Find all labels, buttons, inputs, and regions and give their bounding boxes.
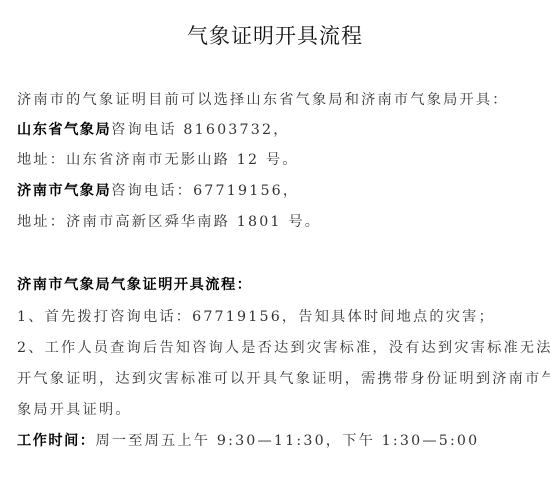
office-phone: 咨询电话 81603732， (111, 122, 289, 138)
process-step: 开气象证明，达到灾害标准可以开具气象证明，需携带身份证明到济南市气 (17, 369, 550, 389)
office-name: 济南市气象局 (17, 183, 111, 199)
office-name: 山东省气象局 (17, 122, 111, 138)
hours-label: 工作时间： (17, 433, 95, 449)
office-phone-line: 济南市气象局咨询电话：67719156， (17, 181, 299, 201)
office-phone: 咨询电话：67719156， (111, 183, 299, 199)
process-step: 象局开具证明。 (17, 400, 132, 420)
process-heading: 济南市气象局气象证明开具流程： (17, 275, 252, 295)
intro-text: 济南市的气象证明目前可以选择山东省气象局和济南市气象局开具： (17, 90, 509, 110)
page-title: 气象证明开具流程 (0, 20, 550, 50)
process-step: 1、首先拨打咨询电话：67719156，告知具体时间地点的灾害； (17, 307, 495, 327)
office-phone-line: 山东省气象局咨询电话 81603732， (17, 120, 290, 140)
process-step: 2、工作人员查询后告知咨询人是否达到灾害标准，没有达到灾害标准无法 (17, 338, 550, 358)
office-address: 地址：济南市高新区舜华南路 1801 号。 (17, 212, 321, 232)
hours-value: 周一至周五上午 9:30—11:30，下午 1:30—5:00 (95, 433, 479, 449)
working-hours: 工作时间：周一至周五上午 9:30—11:30，下午 1:30—5:00 (17, 431, 479, 451)
office-address: 地址：山东省济南市无影山路 12 号。 (17, 150, 299, 170)
